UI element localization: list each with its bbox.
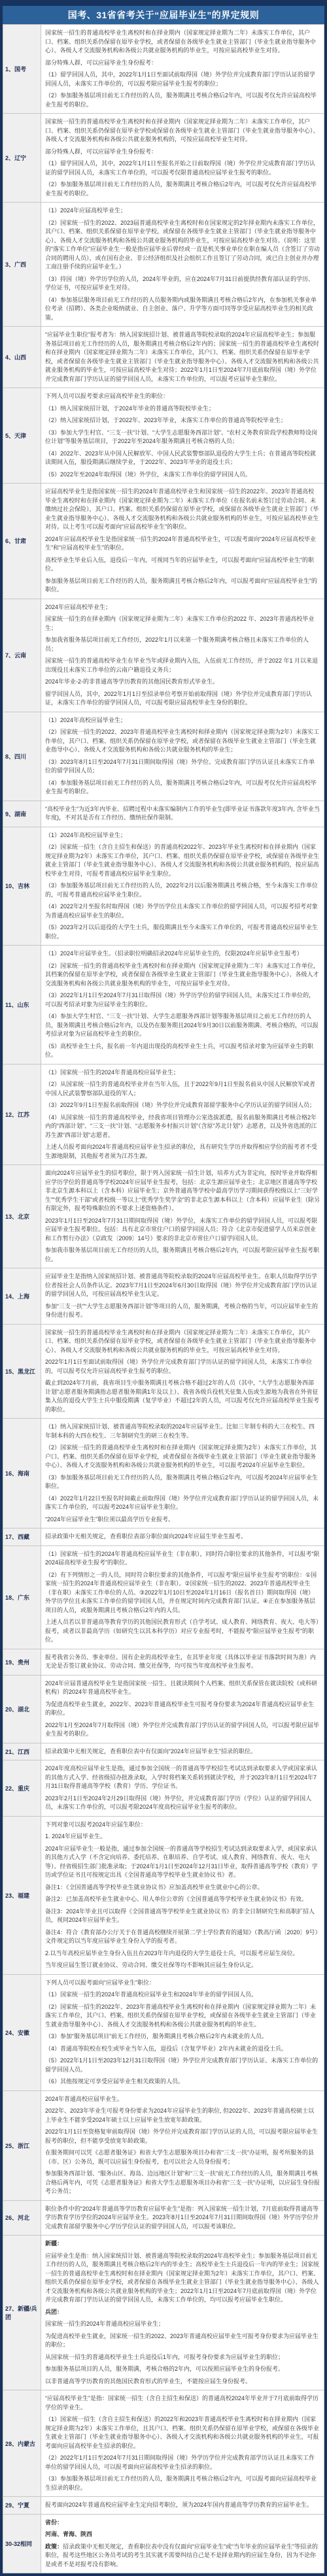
province-label: 29、宁夏: [3, 2497, 41, 2515]
rule-text-cell: 2024年度高校应届毕业生是指，通过参加全国统一的普通高等学校招生考试达到录取要…: [41, 1760, 324, 1817]
table-row: 26、河北职位条件中的“2024年普通高等学历教育应届毕业生”是指：列入国家统一…: [3, 2200, 324, 2236]
rule-paragraph: （3）参加“服务基层项目”前无工作经历，服务期满且考核合格后2年内未就业的人员。: [45, 2032, 320, 2041]
rule-text-cell: 职位条件中的“2024年普通高等学历教育应届毕业生”是指：列入国家统一招生计划，…: [41, 2200, 324, 2236]
rule-text-cell: 2024年应届普通高校毕业生是指国家统一招生、且就读期间个人档案、组织关系保管在…: [41, 1675, 324, 1743]
rule-paragraph: （3）持国（境）外学历学位的人员，2024年毕业的，应在2024年7月31日前提…: [45, 275, 320, 293]
rule-paragraph: 2.以当年高校应届毕业生身份入伍且在2023年年内退役的大学生退役士兵，可以报考…: [45, 1949, 320, 1958]
table-row: 27、新疆/兵团新疆：应届毕业生是指：纳入国家统招计划、被普通高等院校录取的20…: [3, 2236, 324, 2390]
rule-paragraph: （2）2022年1月1日至2024年7月31日期间取得国（境）外学历学位并完成教…: [45, 2454, 320, 2471]
rule-text-cell: 下列人员可以报考要求应届高校毕业生的职位：（1）纳入国家统招计划，于2024年毕…: [41, 388, 324, 484]
table-row: 6、甘肃应届高校毕业生是指国家统一招生的2024年普通高校毕业生和国家统一招生的…: [3, 484, 324, 599]
rule-paragraph: “2024年应届毕业生”职位须以最高学历专业报考。: [45, 1515, 320, 1525]
rule-paragraph: 1. 2024年应届毕业生。: [45, 1832, 320, 1841]
province-label: 13、北京: [3, 1165, 41, 1268]
rule-paragraph: （1）2024年应届高校毕业生；: [45, 206, 320, 216]
rule-paragraph: 政策：招录政策中无相关规定，查看职位表中没有仅面向“应届毕业生”或“当年毕业的应…: [45, 2543, 320, 2569]
rule-paragraph: （3）参加服务基层项目前无工作经历的人员，服务期满且考核合格后2年内，可以报考面…: [45, 2475, 320, 2492]
rule-paragraph: （4）2022年、2023年从中国人民解放军、中国人民武装警察部队退役的大学生士…: [45, 450, 320, 467]
rule-paragraph: （1）留学回国人员，其中，2022年1月1日至面试前取得国（境）外学位并完成教育…: [45, 71, 320, 88]
rule-paragraph: （2）参加服务基层项目前无工作经历的人员，服务期满且考核合格后2年内，可以报考仅…: [45, 91, 320, 109]
rule-paragraph: （1）留学回国人员，其中，2022年1月1日至报名开始之日前取得国（境）外学位并…: [45, 159, 320, 177]
table-row: 18、广东（1）国家统一招生的2024年普通高校应届毕业生（非在职），同时符合职…: [3, 1545, 324, 1649]
rule-paragraph: （2）国家统一招生（含自主招生和保送）的普通高校2022年、2023年毕业生离校…: [45, 843, 320, 878]
rule-text-cell: 招录政策中无相关规定，查看职位表中有仅面向“2024年应届毕业生”招录的职位。: [41, 1743, 324, 1760]
rule-text-cell: （1）国家统一招生的2024年普通高校应届毕业生；（2）从国家统一招生的普通高校…: [41, 1064, 324, 1165]
rule-paragraph: （2）国家统一招生的2022年、2023年普通高校毕业生离校时和在择业期内（国家…: [45, 2003, 320, 2030]
rule-paragraph: 截止到2024年7月前，我省项目生中服务期满且考核合格不超过2年的人员（其中，“…: [45, 1379, 320, 1414]
province-label: 11、山东: [3, 946, 41, 1065]
rule-paragraph: （4）从国家统一招生的普通高校毕业，经我省项目管理办公室选拔派遣，报名前服务期满…: [45, 1114, 320, 1140]
rule-paragraph: 当年度应届生签订就业协议、劳动合同、缴交社保等均不影响其应届生身份认定。: [45, 1961, 320, 1970]
province-label: 3、广西: [3, 203, 41, 327]
rule-text-cell: 应届毕业生是指纳入国家统招计划、被普通高等院校录取的2024年应届高校毕业生。在…: [41, 1268, 324, 1325]
rule-paragraph: （1）国家统一招生（含自主招生和保送）的2022年和2023年普通高校毕业生离校…: [45, 2415, 320, 2451]
rule-paragraph: 职位条件中的“2024年普通高等学历教育应届毕业生”是指：列入国家统一招生计划，…: [45, 2205, 320, 2232]
rule-paragraph: （5）高校毕业生士兵，报名前一年内退出现役的高校毕业生士兵，可以报考招录对象为应…: [45, 1042, 320, 1060]
rule-paragraph: （5）2023年2月以后退役的大学生士兵，服役期满且至今未落实工作单位的，可报考…: [45, 923, 320, 941]
table-row: 19、贵州报考我省公务员、事业单位、国有企业的高校毕业生，在其毕业年度（具体以毕…: [3, 1649, 324, 1675]
rule-text-cell: “高校毕业生”为近3年内毕业、招聘过程中未落实编制内工作的毕业生(即毕业证书落款…: [41, 801, 324, 827]
rule-paragraph: 2022年1月1日至资格复审前取得国（境）外学位并完成教育部门学历认证的人员，可…: [45, 2128, 320, 2145]
rule-paragraph: （5）2022年1月1日至2023年12月31日取得国（境）外学位并完成教育部门…: [45, 2056, 320, 2074]
rule-paragraph: 部分特殊人群，可以应届毕业生身份报考：: [45, 59, 320, 68]
rule-paragraph: （2）国家统一招生的普通高校毕业生离校时和在择业期内（国家规定择业期为2年）未落…: [45, 1444, 320, 1470]
rule-paragraph: 省份：: [45, 2518, 320, 2528]
rule-paragraph: 下列人员可以报考要求应届高校毕业生的职位：: [45, 392, 320, 401]
table-row: 3、广西（1）2024年应届高校毕业生；（2）国家统一招生的2022、2023届…: [3, 203, 324, 327]
rule-text-cell: 面向2024年应届毕业生的招考职位，限于列入国家统一招生计划，培养方式为非定向，…: [41, 1165, 324, 1268]
rule-paragraph: 国家统一招生的普通高校毕业生在毕业当年或择业期内入伍，入伍前无工作经历，并于20…: [45, 657, 320, 674]
rule-paragraph: 为促进高校毕业生就业，2022年、2023年普通高校毕业生可报考身份要求为202…: [45, 1700, 320, 1718]
rule-paragraph: 应届高校毕业生是指国家统一招生的2024年普通高校毕业生和国家统一招生的2022…: [45, 487, 320, 532]
province-label: 10、吉林: [3, 827, 41, 946]
table-row: 17、西藏招录政策中无相关规定，查看职位表部分职位面向2024年应届生毕业生报考…: [3, 1528, 324, 1546]
rule-text-cell: 国家统一招生的普通高校毕业生离校时和在择业期内（国家规定择业期为二年）未落实工作…: [41, 1324, 324, 1419]
rule-paragraph: 2023年1月1日至2024年7月31日期间取得国（境）外学位，未落实工作单位的…: [45, 1217, 320, 1244]
rule-text-cell: “应届高校毕业生”是指：国家统一招生（含自主招生和保送）的普通高校2024年毕业…: [41, 2390, 324, 2497]
rule-text-cell: （1）纳入国家统招计划、被普通高等院校录取的2024年应届毕业生。比如三年制专科…: [41, 1419, 324, 1528]
province-label: 27、新疆/兵团: [3, 2236, 41, 2390]
rule-paragraph: 高校毕业生毕业后入伍，退役后一年内，可视同当年的应届毕业生，可以报考面向“应届高…: [45, 556, 320, 574]
province-label: 7、云南: [3, 599, 41, 712]
rules-table: 1、国考国家统一招生的普通高校毕业生离校时和在择业期内（国家规定择业期为二年）未…: [3, 24, 324, 2573]
rule-paragraph: （2）参加服务基层项目前无工作经历的人员，服务期满且考核合格后2年内，可以报考仅…: [45, 180, 320, 198]
rule-paragraph: （2）纳入国家统招计划，于2022年、2023年毕业，未落实工作单位的普通高等院…: [45, 416, 320, 425]
rule-text-cell: 应届高校毕业生是指国家统一招生的2024年普通高校毕业生和国家统一招生的2022…: [41, 484, 324, 599]
rule-paragraph: （4）参加服务基层项目前无工作经历的人员，服务期满且考核合格后2年内，可以报考仅…: [45, 779, 320, 797]
rules-table-body: 1、国考国家统一招生的普通高校毕业生离校时和在择业期内（国家规定择业期为二年）未…: [3, 25, 324, 2573]
rule-paragraph: 国家统一招生的2024年普通高校应届毕业生；: [45, 2320, 320, 2329]
rule-paragraph: 下列人员可以报考面向“应届毕业生”职位：: [45, 1979, 320, 1988]
rule-paragraph: 在服务期间可以凭《志愿者服务证》和省大学生志愿服务项目办和省“三支一扶”办证明，…: [45, 2149, 320, 2166]
province-label: 5、天津: [3, 388, 41, 484]
table-row: 1、国考国家统一招生的普通高校毕业生离校时和在择业期内（国家规定择业期为二年）未…: [3, 25, 324, 114]
province-label: 12、江苏: [3, 1064, 41, 1165]
rule-paragraph: （4）2022年1月22日至报名时间截止前取得国（境）外学位并完成教育部门学历认…: [45, 1494, 320, 1512]
rule-paragraph: （2）国家统一招生的2022、2023届普通高校毕业生离校时和在国家规定的2年择…: [45, 219, 320, 272]
rule-paragraph: 2024年普通高校应届毕业生。: [45, 2095, 320, 2104]
rule-text-cell: （1）2024年高校应届毕业生；（2）国家统一招生的2022、2023年普通高校…: [41, 712, 324, 801]
rule-paragraph: （1）2024年高校应届毕业生；: [45, 716, 320, 725]
province-label: 23、福建: [3, 1816, 41, 1974]
province-label: 28、内蒙古: [3, 2390, 41, 2497]
rule-paragraph: 国家统一招生的普通高校毕业生离校时和在择业期内（国家规定择业期为二年）未落实工作…: [45, 29, 320, 56]
rule-paragraph: “应届高校毕业生”是指：国家统一招生（含自主招生和保送）的普通高校2024年毕业…: [45, 2394, 320, 2412]
table-row: 16、海南（1）纳入国家统招计划、被普通高等院校录取的2024年应届毕业生。比如…: [3, 1419, 324, 1528]
rule-paragraph: （3）参加大学生村官、“三支一扶”计划、“大学生志愿服务西部计划”、“农村义务教…: [45, 429, 320, 446]
rule-text-cell: （1）2024年应届高校毕业生；（2）国家统一招生的2022、2023届普通高校…: [41, 203, 324, 327]
rule-paragraph: （6）其他按规定可享受应届毕业生相关政策的人员。: [45, 2077, 320, 2087]
rule-paragraph: （1）国家统一招生的2024年普通高校应届毕业生；: [45, 1068, 320, 1078]
table-row: 14、上海应届毕业生是指纳入国家统招计划、被普通高等院校录取的2024年应届高校…: [3, 1268, 324, 1325]
province-label: 14、上海: [3, 1268, 41, 1325]
rule-paragraph: 招录政策中无相关规定，查看职位表部分职位面向2024年应届生毕业生报考。: [45, 1532, 320, 1542]
rule-paragraph: （3）2023年8月1日至2024年7月31日期间取得国（境）外学位、完成教育部…: [45, 758, 320, 776]
rule-paragraph: （4）参加大学生村官、“三支一扶”计划、大学生志愿服务西部计划等服务基层项目之前…: [45, 1012, 320, 1039]
rule-paragraph: 留学回国人员，其中，2022年1月1日至招录单位考察开始前取得国（境）外学位并完…: [45, 690, 320, 708]
rule-paragraph: （1）纳入国家统招计划，于2024年毕业的普通高等院校毕业生；: [45, 405, 320, 414]
province-label: 30-32相同: [3, 2514, 41, 2573]
rule-paragraph: 国家统一招生的在择业期内（国家规定择业期为二年）未落实工作单位的2022 年、2…: [45, 615, 320, 633]
province-label: 20、湖北: [3, 1675, 41, 1743]
rule-paragraph: 应届毕业生是指纳入国家统招计划、被普通高等院校录取的2024年应届高校毕业生。在…: [45, 1272, 320, 1299]
rule-paragraph: 兵团：: [45, 2308, 320, 2317]
rule-paragraph: （1）国家统一招生的2024年普通高校应届毕业生和2024年毕业的留学回国人员。: [45, 1990, 320, 2000]
rule-text-cell: 省份：河南、青海、陕西政策：招录政策中无相关规定，查看职位表中没有仅面向“应届毕…: [41, 2514, 324, 2573]
rule-paragraph: 2022年、2023年毕业生可报考身份要求为2024年应届毕业生的职位, 但20…: [45, 2107, 320, 2124]
rule-paragraph: 报考面向2024年普通高校应届毕业生定向招考职位，须为2024年国内普通高等学历…: [45, 2501, 320, 2510]
rule-paragraph: 招录政策中无相关规定，查看职位表中有仅面向“2024年应届毕业生”招录的职位。: [45, 1747, 320, 1757]
rule-paragraph: 2024年应届高校毕业生是指国家统一招生的2024年普通高校毕业生，可以报考面向…: [45, 535, 320, 553]
rule-paragraph: 2022年1月至2024年7月取得国（境）外学位并完成教育部门学历认证的留学回国…: [45, 1721, 320, 1739]
rule-paragraph: 上述人员报考面向2024年普通高校应届毕业生招录的职位，具有研究生学历并取得相应…: [45, 1143, 320, 1161]
rule-text-cell: 下列人员可以报考面向“应届毕业生”职位：（1）国家统一招生的2024年普通高校应…: [41, 1974, 324, 2090]
page-title: 国考、31省省考关于“应届毕业生”的界定规则: [3, 6, 324, 24]
table-row: 7、云南2024年应届高校毕业生；国家统一招生的在择业期内（国家规定择业期为二年…: [3, 599, 324, 712]
rule-paragraph: 2022年1月1日至面试前取得国（境）外学位并完成教育部门学历认证的留学回国人员…: [45, 1358, 320, 1376]
rule-paragraph: （3）参加服务基层项目前无工作经历的人员，服务期满且考核合格后2年内，可以报考2…: [45, 1474, 320, 1491]
rule-paragraph: （1）纳入国家统招计划、被普通高等院校录取的2024年应届毕业生。比如三年制专科…: [45, 1423, 320, 1440]
table-row: 11、山东（1）2024年应届毕业生。（招录职位明确招录2024年应届毕业生的，…: [3, 946, 324, 1065]
table-row: 28、内蒙古“应届高校毕业生”是指：国家统一招生（含自主招生和保送）的普通高校2…: [3, 2390, 324, 2497]
province-label: 15、黑龙江: [3, 1324, 41, 1419]
rule-paragraph: （2）国家统一招生的2022、2023年普通高校毕业生离校时和择业期内（国家规定…: [45, 728, 320, 755]
table-row: 25、浙江2024年普通高校应届毕业生。2022年、2023年毕业生可报考身份要…: [3, 2090, 324, 2200]
province-label: 24、安徽: [3, 1974, 41, 2090]
table-row: 24、安徽下列人员可以报考面向“应届毕业生”职位：（1）国家统一招生的2024年…: [3, 1974, 324, 2090]
rule-text-cell: 国家统一招生的普通高校毕业生离校时和在择业期内（国家规定择业期为二年）未落实工作…: [41, 114, 324, 203]
rule-paragraph: 参加服务西部计划、“服务山区、海岛、边远地区计划”和“三支一扶”前无工作经历的人…: [45, 2170, 320, 2196]
rule-paragraph: 备注4：符合《教育部办公厅关于在普通高校继续开展第二学士学位教育的通知》（教高厅…: [45, 1928, 320, 1946]
table-row: 23、福建下列对象可以报考2024年应届生职位：1. 2024年应届毕业生。20…: [3, 1816, 324, 1974]
rule-paragraph: 部分特殊人群，可以应届毕业生身份报考：: [45, 148, 320, 157]
rule-text-cell: 报考我省公务员、事业单位、国有企业的高校毕业生，在其毕业年度（具体以毕业证书落款…: [41, 1649, 324, 1675]
rule-paragraph: 2024年应届高校毕业生；: [45, 603, 320, 612]
rule-paragraph: 2024年度高校应届毕业生是指，通过参加全国统一的普通高等学校招生考试达到录取要…: [45, 1764, 320, 1791]
province-label: 16、海南: [3, 1419, 41, 1528]
rule-paragraph: 为促进高校毕业生就业，国家统一招生的2022、2023年普通高校应届毕业生可报考…: [45, 2332, 320, 2350]
rule-text-cell: “应届毕业生职位”报考者为：纳入国家统招计划、被普通高等院校录取的2024年应届…: [41, 327, 324, 388]
rule-text-cell: 招录政策中无相关规定，查看职位表部分职位面向2024年应届生毕业生报考。: [41, 1528, 324, 1546]
rule-paragraph: （2）有下列情形之一的人员，同时符合职位要求的其他条件，可以报考“限应届毕业生报…: [45, 1571, 320, 1615]
province-label: 21、江西: [3, 1743, 41, 1760]
rule-paragraph: 报考我省公务员、事业单位、国有企业的高校毕业生，在其毕业年度（具体以毕业证书落款…: [45, 1653, 320, 1671]
rule-paragraph: （1）2024年应届毕业生。（招录职位明确招录2024年应届毕业生的，仅限202…: [45, 949, 320, 959]
rule-paragraph: 面向2024年应届毕业生的招考职位，限于列入国家统一招生计划，培养方式为非定向，…: [45, 1169, 320, 1214]
rule-paragraph: （4）2022年2月至报名时取得国（境）外学历学位且未落实工作单位的留学回国人员…: [45, 902, 320, 920]
table-row: 4、山西“应届毕业生职位”报考者为：纳入国家统招计划、被普通高等院校录取的202…: [3, 327, 324, 388]
table-row: 21、江西招录政策中无相关规定，查看职位表中有仅面向“2024年应届毕业生”招录…: [3, 1743, 324, 1760]
rule-paragraph: 上述人员若以非普通高等教育学历的其他国民教育形式（自学考试、成人教育、网络教育、…: [45, 1618, 320, 1645]
rule-paragraph: （2）国家统一招生的普通高校毕业生离校时和在择业期内（国家规定择业期为二年）未落…: [45, 962, 320, 989]
rule-paragraph: 备注2：已加盖高校毕业生就业中心、用人单位公章的《全国普通高等学校毕业生就业协议…: [45, 1895, 320, 1904]
rule-text-cell: 新疆：应届毕业生是指：纳入国家统招计划、被普通高等院校录取的2024年高校毕业生…: [41, 2236, 324, 2390]
province-label: 26、河北: [3, 2200, 41, 2236]
rule-paragraph: （4）参加基层服务项目前无工作经历的人员服务期内或服务期满且考核合格后2年内，在…: [45, 296, 320, 323]
rule-paragraph: 应届毕业生是指：纳入国家统招计划、被普通高等院校录取的2024年高校毕业生；参加…: [45, 2252, 320, 2305]
province-label: 8、四川: [3, 712, 41, 801]
province-label: 25、浙江: [3, 2090, 41, 2200]
rule-paragraph: 国家统一招生的普通高校毕业生离校时和在择业期内（国家规定择业期为二年）未落实工作…: [45, 118, 320, 144]
rule-text-cell: 2024年应届高校毕业生；国家统一招生的在择业期内（国家规定择业期为二年）未落实…: [41, 599, 324, 712]
rule-text-cell: 2024年普通高校应届毕业生。2022年、2023年毕业生可报考身份要求为202…: [41, 2090, 324, 2200]
table-row: 22、重庆2024年度高校应届毕业生是指，通过参加全国统一的普通高等学校招生考试…: [3, 1760, 324, 1817]
rule-text-cell: （1）2024年应届毕业生。（招录职位明确招录2024年应届毕业生的，仅限202…: [41, 946, 324, 1065]
rule-paragraph: （4）普通高等院校在校生或毕业当年入伍，退役后（含复学毕业）2年内未就业的退役士…: [45, 2045, 320, 2054]
rule-text-cell: （1）国家统一招生的2024年普通高校应届毕业生（非在职），同时符合职位要求的其…: [41, 1545, 324, 1649]
rule-paragraph: 参加服务基层项目的人员，服务期满，考核合格的2年内，可以按照应届毕业生的身份报考…: [45, 2365, 320, 2374]
province-label: 18、广东: [3, 1545, 41, 1649]
rule-text-cell: 报考面向2024年普通高校应届毕业生定向招考职位，须为2024年国内普通高等学历…: [41, 2497, 324, 2515]
table-row: 9、湖南“高校毕业生”为近3年内毕业、招聘过程中未落实编制内工作的毕业生(即毕业…: [3, 801, 324, 827]
table-row: 13、北京面向2024年应届毕业生的招考职位，限于列入国家统一招生计划，培养方式…: [3, 1165, 324, 1268]
province-label: 19、贵州: [3, 1649, 41, 1675]
rule-paragraph: 2023年2月1日至2024年2月29日取得国（境）外学位，并完成教育部门学历（…: [45, 1794, 320, 1812]
table-row: 20、湖北2024年应届普通高校毕业生是指国家统一招生、且就读期间个人档案、组织…: [3, 1675, 324, 1743]
province-label: 2、辽宁: [3, 114, 41, 203]
table-row: 30-32相同省份：河南、青海、陕西政策：招录政策中无相关规定，查看职位表中没有…: [3, 2514, 324, 2573]
rule-text-cell: 国家统一招生的普通高校毕业生离校时和在择业期内（国家规定择业期为二年）未落实工作…: [41, 25, 324, 114]
table-row: 15、黑龙江国家统一招生的普通高校毕业生离校时和在择业期内（国家规定择业期为二年…: [3, 1324, 324, 1419]
rule-paragraph: （1）2024年高校应届毕业生；: [45, 831, 320, 840]
table-row: 8、四川（1）2024年高校应届毕业生；（2）国家统一招生的2022、2023年…: [3, 712, 324, 801]
table-row: 10、吉林（1）2024年高校应届毕业生；（2）国家统一招生（含自主招生和保送）…: [3, 827, 324, 946]
rule-paragraph: 2024年应届普通高校毕业生是指国家统一招生、且就读期间个人档案、组织关系保管在…: [45, 1679, 320, 1697]
province-label: 1、国考: [3, 25, 41, 114]
rule-paragraph: 新疆：: [45, 2239, 320, 2249]
rule-paragraph: （3）2022年1月1日至2024年7月31日取得国（境）外学历学位的留学回国人…: [45, 991, 320, 1009]
rule-paragraph: 参加“三支一扶”“大学生志愿服务西部计划”等项目的人员，服务期满，考核合格的当年…: [45, 1302, 320, 1320]
rule-paragraph: （2）从国家统一招生的普通高校毕业并在当年入伍，且于2022年9月1日至报名前从…: [45, 1080, 320, 1098]
rule-paragraph: “应届毕业生职位”报考者为：纳入国家统招计划、被普通高等院校录取的2024年应届…: [45, 331, 320, 384]
rule-paragraph: （3）2022年9月1日至报名前取得国（境）外学位并完成教育部留学服务中心学历认…: [45, 1101, 320, 1110]
top-border-strip: [3, 0, 324, 6]
table-row: 2、辽宁国家统一招生的普通高校毕业生离校时和在择业期内（国家规定择业期为二年）未…: [3, 114, 324, 203]
rule-paragraph: 以非普通高等学历教育的其他国民教育形式的毕业生，不能按应届生身份报考。: [45, 2377, 320, 2386]
province-label: 17、西藏: [3, 1528, 41, 1546]
rule-paragraph: 备注3：2024年毕业且可以取得《全国普通高等学校毕业生就业协议书》的非全日制研…: [45, 1907, 320, 1925]
rule-paragraph: 从国家统一招生的普通高校毕业生士兵退役后1年内，可报考身份要求为应届毕业生的职位…: [45, 2353, 320, 2362]
province-label: 6、甘肃: [3, 484, 41, 599]
rule-paragraph: 下列对象可以报考2024年应届生职位：: [45, 1821, 320, 1830]
province-label: 9、湖南: [3, 801, 41, 827]
rule-paragraph: 参加服务基层项目前无工作经历的人员，服务期满且考核合格后2年内，可以报考面向“应…: [45, 577, 320, 595]
rule-paragraph: 2024年毕业-2-的非普通高等学历教育的其他国民教育形式毕业生。: [45, 678, 320, 687]
rule-text-cell: 下列对象可以报考2024年应届生职位：1. 2024年应届毕业生。2024年应届…: [41, 1816, 324, 1974]
rule-paragraph: （1）国家统一招生的2024年普通高校应届毕业生（非在职），同时符合职位要求的其…: [45, 1550, 320, 1568]
rule-paragraph: 参加我市服务基层项目前无工作经历的人员，服务期满且考核合格后2年内，可以报考限应…: [45, 1246, 320, 1264]
table-row: 29、宁夏报考面向2024年普通高校应届毕业生定向招考职位，须为2024年国内普…: [3, 2497, 324, 2515]
rule-paragraph: 国家统一招生的普通高校毕业生离校时和在择业期内（国家规定择业期为二年）未落实工作…: [45, 1329, 320, 1355]
rule-paragraph: 参加我省服务基层项目前无工作经历，2022年1月以来第一个服务期满考核合格且未落…: [45, 636, 320, 653]
province-label: 4、山西: [3, 327, 41, 388]
rule-paragraph: 2024年应届毕业生一般是指，通过参加全国统一的普通高等学校招生考试达到录取要求…: [45, 1845, 320, 1880]
province-label: 22、重庆: [3, 1760, 41, 1817]
rules-sheet: 国考、31省省考关于“应届毕业生”的界定规则 1、国考国家统一招生的普通高校毕业…: [0, 0, 327, 2576]
table-row: 5、天津下列人员可以报考要求应届高校毕业生的职位：（1）纳入国家统招计划，于20…: [3, 388, 324, 484]
rule-text-cell: （1）2024年高校应届毕业生；（2）国家统一招生（含自主招生和保送）的普通高校…: [41, 827, 324, 946]
rule-paragraph: 备注1：《全国普通高等学校毕业生就业协议书》应加盖高校毕业生就业中心的公章。: [45, 1883, 320, 1892]
table-row: 12、江苏（1）国家统一招生的2024年普通高校应届毕业生；（2）从国家统一招生…: [3, 1064, 324, 1165]
rule-paragraph: （5）2022年至2024年取得国（境）外学位，未落实工作单位的留学回国人员。: [45, 471, 320, 480]
rule-paragraph: （3）参加服务基层项目前无工作经历的人员，2022年2月以后服务期满且考核合格，…: [45, 882, 320, 899]
rule-paragraph: 河南、青海、陕西: [45, 2530, 320, 2539]
rule-paragraph: “高校毕业生”为近3年内毕业、招聘过程中未落实编制内工作的毕业生(即毕业证书落款…: [45, 805, 320, 823]
